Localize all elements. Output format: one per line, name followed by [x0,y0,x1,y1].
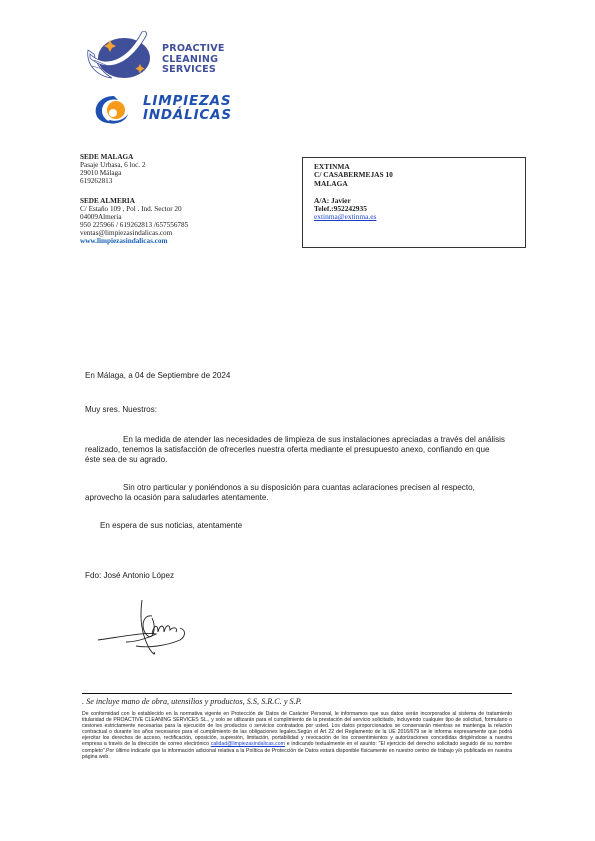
sede-title: SEDE ALMERIA [80,197,188,205]
letter-closing: En espera de sus noticias, atentamente [100,521,242,531]
sede-almeria-block: SEDE ALMERIA C/ Estaño 109 , Pol . Ind. … [80,197,188,246]
proactive-brand-text: PROACTIVE CLEANING SERVICES [162,44,225,76]
sede-title: SEDE MALAGA [80,153,145,161]
website-link[interactable]: www.limpiezasindalicas.com [80,237,188,245]
address-line: 04009Almeria [80,213,188,221]
recipient-email-link[interactable]: extinma@extinma.es [314,212,376,221]
letter-greeting: Muy sres. Nuestros: [85,405,157,415]
sede-malaga-block: SEDE MALAGA Pasaje Urbasa, 6 loc. 2 2901… [80,153,145,185]
address-line: Pasaje Urbasa, 6 loc. 2 [80,161,145,169]
brand-line: LIMPIEZAS [143,94,232,108]
letter-paragraph: En la medida de atender las necesidades … [85,435,505,466]
brand-line: INDÁLICAS [143,108,232,122]
recipient-address-box: EXTINMA C/ CASABERMEJAS 10 MALAGA A/A: J… [302,157,526,248]
address-line: 29010 Málaga [80,169,145,177]
letter-paragraph: Sin otro particular y poniéndonos a su d… [85,483,505,503]
limpiezas-indalicas-logo-icon [92,94,140,126]
signature-icon [96,596,206,658]
limpiezas-brand-text: LIMPIEZAS INDÁLICAS [143,94,232,122]
brand-line: PROACTIVE [162,44,225,55]
phone-line: 950 225966 / 619262813 /657556785 [80,221,188,229]
included-note: . Se incluye mano de obra, utensilios y … [82,697,302,706]
privacy-email-link[interactable]: calidad@limpiezasindalicas.com [211,741,285,747]
letter-date: En Málaga, a 04 de Septiembre de 2024 [85,371,230,381]
brand-line: SERVICES [162,65,225,76]
recipient-city: MALAGA [314,180,525,188]
email-line: ventas@limpiezasindalicas.com [80,229,188,237]
signer-name: Fdo: José Antonio López [85,571,174,581]
address-line: C/ Estaño 109 , Pol . Ind. Sector 20 [80,205,188,213]
privacy-notice: De conformidad con lo establecido en la … [82,711,512,760]
phone-line: 619262813 [80,177,145,185]
footer-divider [82,693,512,694]
